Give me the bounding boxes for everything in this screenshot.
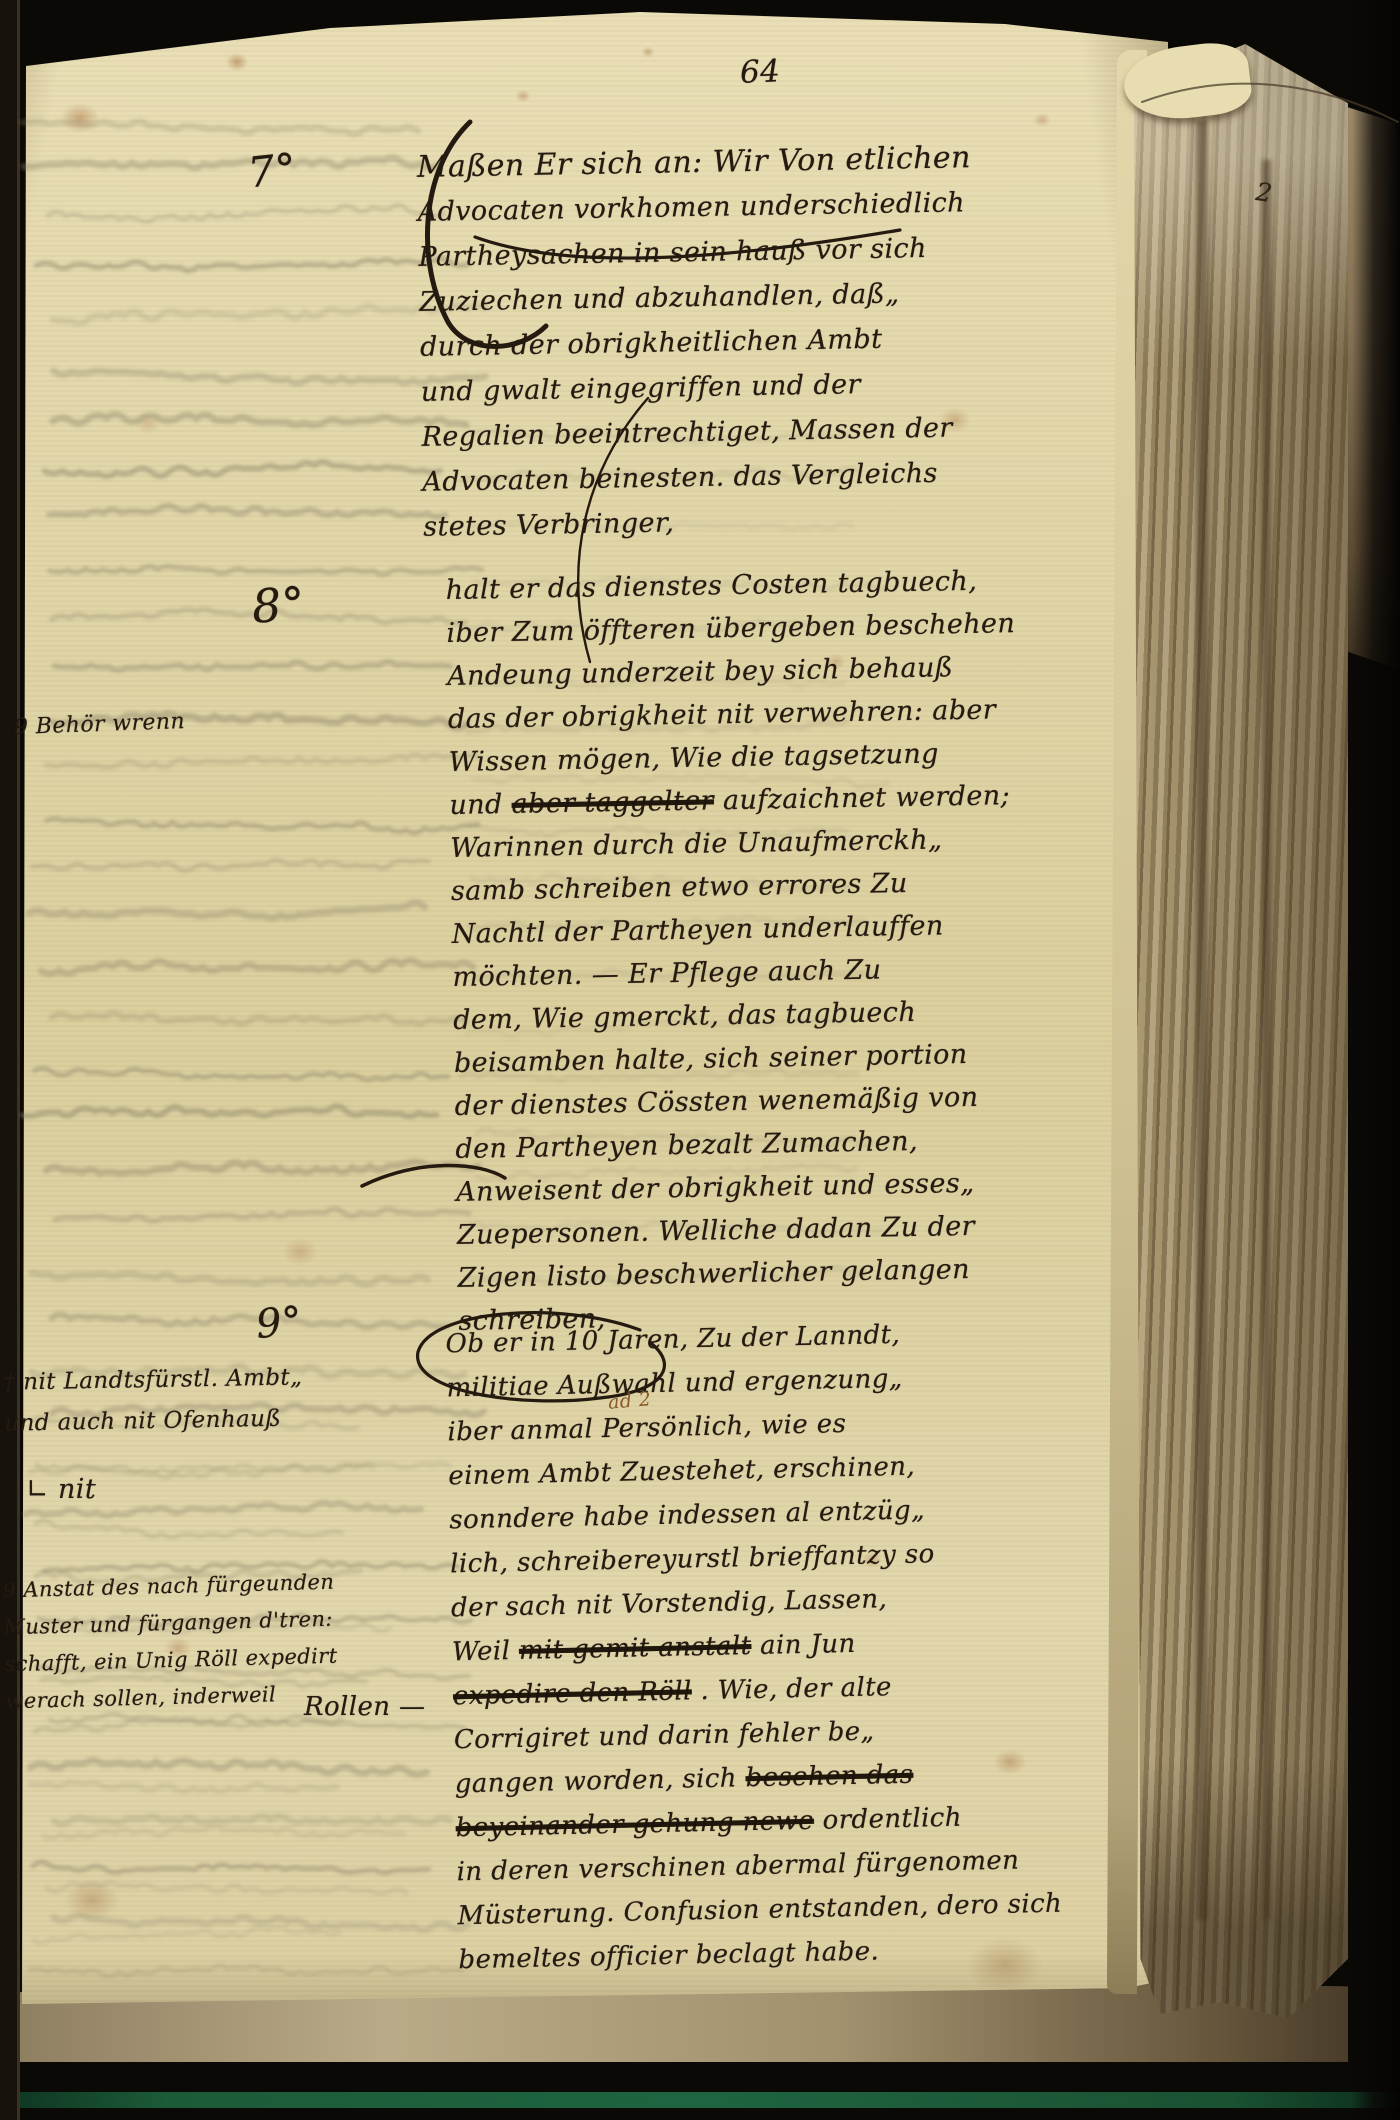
text-run: iber anmal Persönlich, wie es <box>447 1409 846 1447</box>
text-run: bemeltes officier beclagt habe. <box>458 1936 879 1975</box>
text-run: Muster und fürgangen d'tren: <box>3 1607 333 1640</box>
text-run: dem, Wie gmerckt, das tagbuech <box>453 997 916 1036</box>
text-run: Advocaten beinesten. das Vergleichs <box>422 458 938 498</box>
manuscript-line: und auch nit Ofenhauß <box>4 1398 303 1444</box>
text-run: militiae Außwahl und ergenzung„ <box>446 1364 903 1404</box>
fore-edge-streak <box>1262 160 1271 1920</box>
text-run: stetes Verbringer, <box>423 507 675 542</box>
struck-text-run: beyeinander gehung newe <box>455 1806 814 1843</box>
text-run: halt er das dienstes Costen tagbuech, <box>445 566 977 606</box>
text-run: ordentlich <box>814 1803 963 1836</box>
section-marker-8: 8° <box>250 576 307 634</box>
text-run: und <box>449 789 512 821</box>
fore-edge-streak <box>1196 120 1208 1920</box>
struck-text-run: mit gemit anstalt <box>519 1631 752 1666</box>
text-run: und gwalt eingegriffen und der <box>421 369 862 408</box>
text-run: gangen worden, sich <box>455 1763 746 1799</box>
text-run: Rollen — <box>304 1692 425 1722</box>
text-run: einem Ambt Zuestehet, erschinen, <box>448 1452 915 1492</box>
text-run: Müsterung. Confusion entstanden, dero si… <box>457 1889 1062 1932</box>
text-run: Andeung underzeit bey sich behauß <box>447 652 954 692</box>
text-run: der dienstes Cössten wenemäßig von <box>454 1082 978 1122</box>
manuscript-line: ∟ nit <box>26 1474 96 1505</box>
section-7-text: Maßen Er sich an: Wir Von etlichenAdvoca… <box>417 135 978 550</box>
page-number: 64 <box>739 53 780 90</box>
text-run: ain Jun <box>751 1629 856 1661</box>
gutter-shadow <box>0 0 20 2120</box>
struck-text-run: besehen das <box>745 1760 913 1794</box>
text-run: samb schreiben etwo errores Zu <box>451 868 908 907</box>
text-run: möchten. — Er Pflege auch Zu <box>452 954 882 992</box>
margin-note-landtsfuerstl: † nit Landtsfürstl. Ambt„und auch nit Of… <box>3 1357 303 1444</box>
text-run: das der obrigkheit nit verwehren: aber <box>448 694 997 735</box>
text-run: aufzaichnet werden; <box>714 780 1011 816</box>
text-run: in deren verschinen abermal fürgenomen <box>456 1846 1019 1888</box>
text-run: den Partheyen bezalt Zumachen, <box>455 1126 918 1165</box>
interlinear-insertion: ad 2 <box>607 1388 652 1414</box>
text-run: lich, schreibereyurstl brieffantzy so <box>450 1539 935 1579</box>
fore-edge-frayed-pages <box>1134 44 1348 2018</box>
table-edge-stripe <box>0 2092 1400 2108</box>
section-marker-7: 7° <box>246 144 299 198</box>
text-run: Maßen Er sich an: Wir Von etlichen <box>417 140 971 185</box>
text-run: 9 Anstat des nach fürgeunden <box>2 1570 334 1603</box>
section-marker-9: 9° <box>254 1298 304 1348</box>
text-run: Anweisent der obrigkheit und esses„ <box>456 1168 975 1208</box>
struck-text-run: expedire den Röll <box>453 1676 692 1711</box>
text-run: und auch nit Ofenhauß <box>4 1406 281 1437</box>
text-run: Wissen mögen, Wie die tagsetzung <box>448 738 939 778</box>
text-run: . Wie, der alte <box>691 1672 892 1706</box>
text-run: beisamben halte, sich seiner portion <box>454 1039 968 1079</box>
margin-note-nit: ∟ nit <box>26 1474 96 1505</box>
manuscript-photo: { "page": { "number": "64", "edge_mark":… <box>0 0 1400 2120</box>
text-run: ∟ nit <box>26 1474 96 1505</box>
text-run: Ob er in 10 Jaren, Zu der Lanndt, <box>445 1320 900 1360</box>
text-run: Advocaten vorkhomen underschiedlich <box>417 187 965 228</box>
text-run: iber Zum öffteren übergeben beschehen <box>446 608 1015 649</box>
text-run: Nachtl der Partheyen underlauffen <box>451 910 944 950</box>
section-9-text: Ob er in 10 Jaren, Zu der Lanndt,militia… <box>445 1310 1063 1983</box>
text-run: Warinnen durch die Unaufmerckh„ <box>450 824 943 864</box>
text-run: sonndere habe indessen al entzüg„ <box>449 1495 925 1535</box>
manuscript-line: Rollen — <box>304 1692 425 1722</box>
manuscript-line: † nit Landtsfürstl. Ambt„ <box>3 1357 302 1403</box>
right-shadow <box>1352 0 1400 2120</box>
text-run: schafft, ein Unig Röll expedirt <box>4 1644 338 1677</box>
section-8-text: halt er das dienstes Costen tagbuech,ibe… <box>445 559 1027 1343</box>
text-run: † nit Landtsfürstl. Ambt„ <box>3 1364 302 1395</box>
text-run: Zuepersonen. Welliche dadan Zu der <box>457 1211 976 1251</box>
text-run: Partheysachen in sein hauß vor sich <box>418 233 927 273</box>
margin-note-anstat: 9 Anstat des nach fürgeundenMuster und f… <box>2 1564 339 1721</box>
struck-text-run: aber taggelter <box>511 785 714 820</box>
text-run: Corrigiret und darin fehler be„ <box>454 1717 875 1756</box>
margin-note-rollen: Rollen — <box>304 1692 425 1722</box>
text-run: Regalien beeintrechtiget, Massen der <box>421 413 953 453</box>
text-run: werach sollen, inderweil <box>5 1682 276 1713</box>
text-run: Weil <box>452 1636 520 1667</box>
text-run: Zigen listo beschwerlicher gelangen <box>457 1254 970 1294</box>
text-run: Zuziechen und abzuhandlen, daß„ <box>419 278 900 317</box>
text-run: durch der obrigkheitlichen Ambt <box>420 324 883 363</box>
text-run: der sach nit Vorstendig, Lassen, <box>451 1584 888 1623</box>
